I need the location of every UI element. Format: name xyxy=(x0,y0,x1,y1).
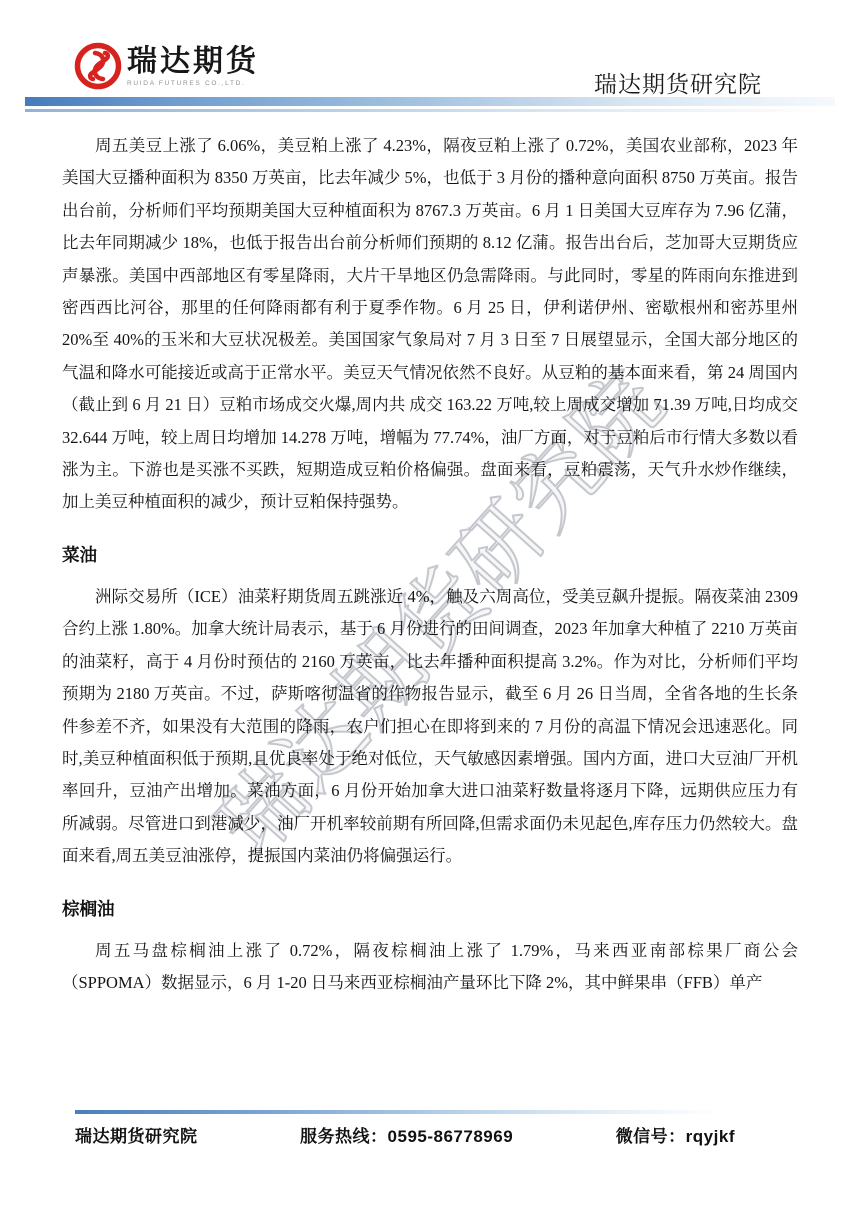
logo-brand-cn: 瑞达期货 xyxy=(127,46,259,78)
logo-text-block: 瑞达期货 RUIDA FUTURES CO.,LTD. xyxy=(127,42,259,87)
header-divider-bar xyxy=(25,97,835,106)
paragraph-rapeseed-oil: 洲际交易所（ICE）油菜籽期货周五跳涨近 4%，触及六周高位，受美豆飙升提振。隔… xyxy=(62,581,798,873)
report-page: 瑞达期货研究院 瑞达期货 RUIDA FUTURES CO.,LTD. 瑞达期货… xyxy=(0,0,860,1217)
section-heading-rapeseed-oil: 菜油 xyxy=(62,543,798,567)
footer-wechat: 微信号：rqyjkf xyxy=(616,1122,735,1147)
company-logo: 瑞达期货 RUIDA FUTURES CO.,LTD. xyxy=(74,42,259,90)
header-divider-subline xyxy=(25,109,835,112)
footer: 瑞达期货研究院 服务热线：0595-86778969 微信号：rqyjkf xyxy=(75,1122,735,1147)
header-institute-title: 瑞达期货研究院 xyxy=(594,66,762,99)
paragraph-palm-oil: 周五马盘棕榈油上涨了 0.72%，隔夜棕榈油上涨了 1.79%，马来西亚南部棕果… xyxy=(62,935,798,1000)
report-body: 周五美豆上涨了 6.06%，美豆粕上涨了 4.23%，隔夜豆粕上涨了 0.72%… xyxy=(62,130,798,999)
footer-institute: 瑞达期货研究院 xyxy=(75,1122,198,1147)
logo-brand-en: RUIDA FUTURES CO.,LTD. xyxy=(127,80,259,87)
footer-divider-line xyxy=(75,1110,723,1114)
paragraph-soybean-meal: 周五美豆上涨了 6.06%，美豆粕上涨了 4.23%，隔夜豆粕上涨了 0.72%… xyxy=(62,130,798,519)
ruida-futures-logo-icon xyxy=(74,42,122,90)
section-heading-palm-oil: 棕榈油 xyxy=(62,897,798,921)
footer-hotline: 服务热线：0595-86778969 xyxy=(300,1122,513,1147)
